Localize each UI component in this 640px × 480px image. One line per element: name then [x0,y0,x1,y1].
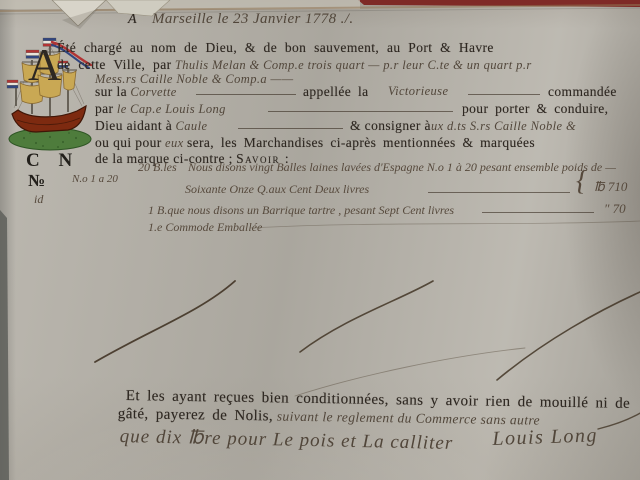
cargo-row3-amount: ″ 70 [604,201,626,217]
form-line-7: ou qui pour eux sera, les Marchandises c… [95,135,535,151]
form-line-1: Été chargé au nom de Dieu, & de bon sauv… [57,40,494,56]
form-line-2: de cette Ville, par Thulis Melan & Comp.… [57,57,532,73]
weight-brace: { [576,166,587,198]
fill-line [238,128,343,129]
cargo-row2-text: Soixante Onze Q.aux Cent Deux livres [185,182,369,197]
vessel-name-handwritten: Victorieuse [388,84,448,99]
cargo-row3-text: 1 B.que nous disons un Barrique tartre ,… [148,203,454,218]
destination-handwritten: Caule [176,119,208,133]
left-page-edge [0,210,9,480]
cargo-row2-amount: ℔ 710 [594,179,627,195]
eux-handwritten: eux [165,136,184,150]
fill-line [468,94,540,95]
form-line-6b: & consigner àux d.ts S.rs Caille Noble & [350,118,576,134]
label-gate-payerez: gâté, payerez de Nolis, [118,406,273,424]
form-line-4: sur la Corvette [95,84,177,100]
nolis-terms-handwritten: suivant le reglement du Commerce sans au… [277,408,540,427]
signature-louis-long: Louis Long [492,424,598,451]
place-date-line: Marseille le 23 Janvier 1778 ./. [152,11,354,28]
consignee-handwritten: ux d.ts S.rs Caille Noble & [431,119,576,133]
cargo-mark-idem: id [34,192,43,207]
label-dieu-aidant: Dieu aidant à [95,118,172,133]
label-ou-qui-pour: ou qui pour [95,135,162,150]
fill-line [268,111,453,112]
shippers-handwritten: Thulis Melan & Comp.e trois quart — p.r … [175,58,532,72]
form-line-5: par le Cap.e Louis Long [95,101,226,117]
fill-line [428,192,570,193]
label-appellee-la: appellée la [303,84,369,100]
cargo-row4-text: 1.e Commode Emballée [148,220,262,235]
cargo-row1-text: Nous disons vingt Balles laines lavées d… [188,160,616,175]
label-commandee: commandée [548,84,617,100]
document-photo: A Marseille le 23 Janvier 1778 ./. A Été… [0,0,640,480]
cargo-mark-CN: C N [26,150,79,172]
form-line-6: Dieu aidant à Caule [95,118,207,134]
ship-hull [12,106,86,132]
cargo-mark-numero: № [28,171,45,191]
form-line-2-print: de cette Ville, par [57,57,172,72]
label-sur-la: sur la [95,84,127,99]
cargo-row1-qty: 20 B.les [138,160,177,175]
label-par: par [95,101,113,116]
fill-line [196,94,296,95]
cargo-mark-range: N.o 1 a 20 [72,173,118,185]
header-prefix: A [128,12,137,28]
label-marchandises: sera, les Marchandises ci-après mentionn… [187,135,535,150]
label-consigner: & consigner à [350,118,431,133]
captain-name-handwritten: le Cap.e Louis Long [117,102,226,116]
fill-line [482,212,594,213]
vessel-type-handwritten: Corvette [130,85,176,99]
bow-jack-flag [7,80,18,88]
label-porter-conduire: pour porter & conduire, [462,101,608,117]
